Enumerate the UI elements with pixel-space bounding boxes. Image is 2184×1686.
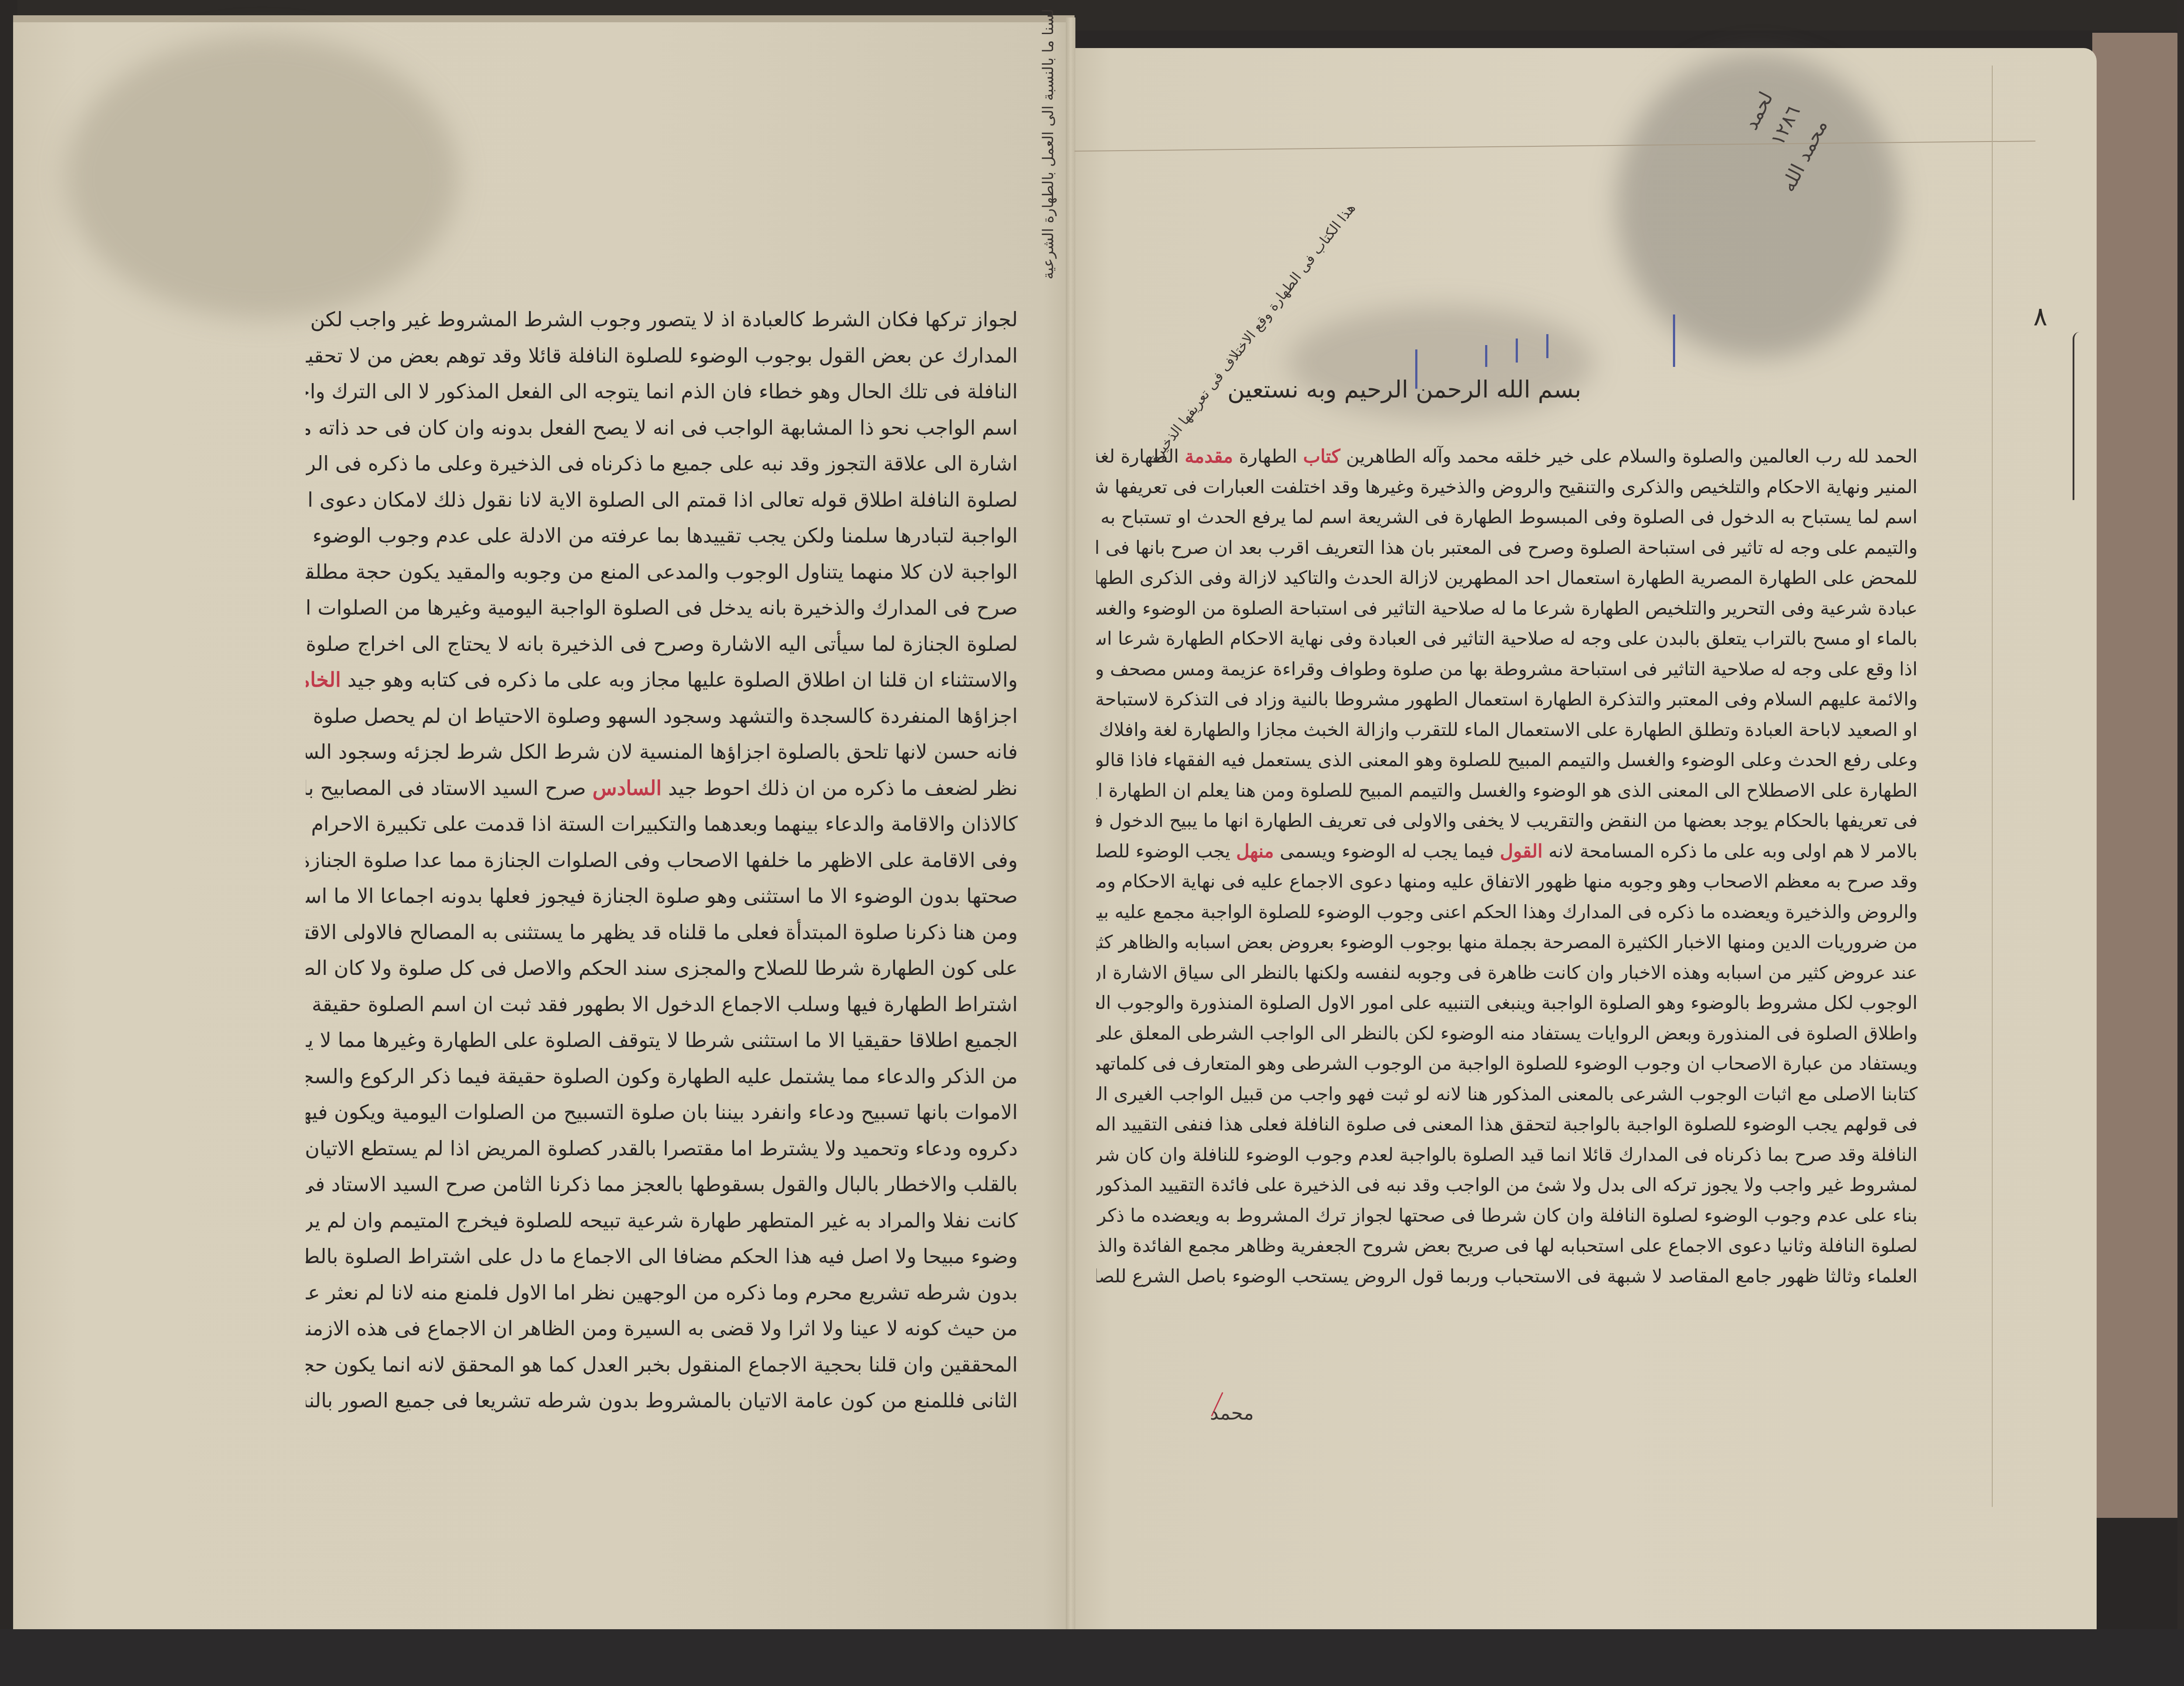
vertical-marginal-note: لسنا ما بالنسبة الى العمل بالطهارة الشرع… — [1040, 9, 1057, 533]
manuscript-line: كتابنا الاصلى مع اثبات الوجوب الشرعى بال… — [1096, 1079, 1918, 1109]
line-text: فى تعريفها بالحكام يوجد بعضها من النقض و… — [1096, 810, 1918, 831]
manuscript-line: لصلوة النافلة وثانيا دعوى الاجماع على اس… — [1096, 1230, 1918, 1261]
line-text: صرح السيد الاستاد فى المصابيح بانه يجوز … — [306, 776, 592, 800]
manuscript-line: الوجوب لكل مشروط بالوضوء وهو الصلوة الوا… — [1096, 988, 1918, 1018]
manuscript-line: المنير ونهاية الاحكام والتلخيص والذكرى و… — [1096, 472, 1918, 502]
left-page-text-block: لجواز تركها فكان الشرط كالعبادة اذ لا يت… — [306, 301, 1018, 1419]
line-text: فى قولهم يجب الوضوء للصلوة الواجبة بالوا… — [1096, 1113, 1918, 1135]
line-text: صحتها بدون الوضوء الا ما استثنى وهو صلوة… — [306, 884, 1018, 908]
page-edge-line — [1992, 66, 1993, 1507]
line-text: بدون شرطه تشريع محرم وما ذكره من الوجهين… — [306, 1281, 1018, 1304]
line-text: على كون الطهارة شرطا للصلاح والمجزى سند … — [306, 956, 1018, 980]
line-text: اجزاؤها المنفردة كالسجدة والتشهد وسجود ا… — [306, 704, 1018, 728]
manuscript-line: من الذكر والدعاء مما يشتمل عليه الطهارة … — [306, 1058, 1018, 1095]
manuscript-line: العلماء وثالثا ظهور جامع المقاصد لا شبهة… — [1096, 1261, 1918, 1292]
line-text: لصلوة الجنازة لما سيأتى اليه الاشارة وصر… — [306, 632, 1018, 656]
manuscript-line: وضوء مبيحا ولا اصل فيه هذا الحكم مضافا ا… — [306, 1238, 1018, 1275]
line-text: المحققين وان قلنا بحجية الاجماع المنقول … — [306, 1353, 1018, 1376]
manuscript-line: كالاذان والاقامة والدعاء بينهما وبعدهما … — [306, 806, 1018, 842]
line-text: للمحض على الطهارة المصرية الطهارة استعما… — [1096, 567, 1918, 588]
manuscript-line: اجزاؤها المنفردة كالسجدة والتشهد وسجود ا… — [306, 698, 1018, 734]
manuscript-line: والائمة عليهم السلام وفى المعتبر والتذكر… — [1096, 684, 1918, 715]
manuscript-line: عند عروض كثير من اسبابه وهذه الاخبار وان… — [1096, 957, 1918, 988]
manuscript-line: النافلة وقد صرح بما ذكرناه فى المدارك قا… — [1096, 1140, 1918, 1170]
manuscript-line: اسم الواجب نحو ذا المشابهة الواجب فى انه… — [306, 410, 1018, 446]
line-text: الطهارة على الاصطلاح الى المعنى الذى هو … — [1096, 780, 1918, 801]
manuscript-line: وقد صرح به معظم الاصحاب وهو وجوبه منها ظ… — [1096, 866, 1918, 897]
line-text: والائمة عليهم السلام وفى المعتبر والتذكر… — [1096, 688, 1918, 710]
line-text: بالماء او مسح بالتراب يتعلق بالبدن على و… — [1096, 628, 1918, 649]
line-text: الطهارة لغة النزاهة والانظافة كما صرح فى — [1096, 446, 1185, 467]
line-text: المنير ونهاية الاحكام والتلخيص والذكرى و… — [1096, 476, 1918, 498]
line-text: الجميع اطلاقا حقيقيا الا ما استثنى شرطا … — [306, 1028, 1018, 1052]
manuscript-line: فى قولهم يجب الوضوء للصلوة الواجبة بالوا… — [1096, 1109, 1918, 1140]
manuscript-line: الواجبة لتبادرها سلمنا ولكن يجب تقييدها … — [306, 518, 1018, 554]
manuscript-line: فانه حسن لانها تلحق بالصلوة اجزاؤها المن… — [306, 734, 1018, 770]
line-text: المدارك عن بعض القول بوجوب الوضوء للصلوة… — [306, 344, 1018, 367]
manuscript-line: لجواز تركها فكان الشرط كالعبادة اذ لا يت… — [306, 301, 1018, 338]
line-text: او الصعيد لاباحة العبادة وتطلق الطهارة ع… — [1096, 719, 1918, 740]
catchword: محمد — [1210, 1402, 1254, 1424]
manuscript-line: لصلوة النافلة اطلاق قوله تعالى اذا قمتم … — [306, 482, 1018, 518]
line-text: الواجبة لتبادرها سلمنا ولكن يجب تقييدها … — [306, 524, 1018, 547]
line-text: والروض والذخيرة ويعضده ما ذكره فى المدار… — [1096, 901, 1918, 922]
line-text: النافلة وقد صرح بما ذكرناه فى المدارك قا… — [1096, 1144, 1918, 1165]
line-text: كتابنا الاصلى مع اثبات الوجوب الشرعى بال… — [1096, 1083, 1918, 1105]
line-text: الواجبة لان كلا منهما يتناول الوجوب والم… — [306, 560, 1018, 584]
manuscript-line: والروض والذخيرة ويعضده ما ذكره فى المدار… — [1096, 897, 1918, 927]
manuscript-line: او الصعيد لاباحة العبادة وتطلق الطهارة ع… — [1096, 715, 1918, 745]
manuscript-line: ومن هنا ذكرنا صلوة المبتدأة فعلى ما قلنا… — [306, 914, 1018, 950]
line-text: عبادة شرعية وفى التحرير والتلخيص الطهارة… — [1096, 598, 1918, 619]
line-text: اشتراط الطهارة فيها وسلب الاجماع الدخول … — [306, 992, 1018, 1016]
folio-number: ٨ — [2033, 301, 2047, 332]
line-text: النافلة فى تلك الحال وهو خطاء فان الذم ا… — [306, 380, 1018, 403]
manuscript-line: بالقلب والاخطار بالبال والقول بسقوطها با… — [306, 1166, 1018, 1202]
manuscript-line: صرح فى المدارك والذخيرة بانه يدخل فى الص… — [306, 590, 1018, 626]
manuscript-line: للمحض على الطهارة المصرية الطهارة استعما… — [1096, 563, 1918, 593]
line-text: يجب الوضوء للصلوة الواجبة عدا صلوة الجنا… — [1096, 840, 1236, 862]
manuscript-line: نظر لضعف ما ذكره من ان ذلك احوط جيد السا… — [306, 770, 1018, 806]
line-text: فيما يجب له الوضوء ويسمى — [1274, 840, 1500, 862]
line-text: الثانى فللمنع من كون عامة الاتيان بالمشر… — [306, 1389, 1018, 1412]
line-text: لصلوة النافلة وثانيا دعوى الاجماع على اس… — [1096, 1235, 1918, 1256]
manuscript-line: واطلاق الصلوة فى المنذورة وبعض الروايات … — [1096, 1018, 1918, 1049]
line-text: من ضروريات الدين ومنها الاخبار الكثيرة ا… — [1096, 931, 1918, 953]
line-text: ومن هنا ذكرنا صلوة المبتدأة فعلى ما قلنا… — [306, 920, 1018, 944]
basmala-heading: بسم الله الرحمن الرحيم وبه نستعين — [1354, 376, 1581, 403]
line-text: الحمد لله رب العالمين والصلوة والسلام عل… — [1340, 446, 1918, 467]
manuscript-line: بالامر لا هم اولى وبه على ما ذكره المسام… — [1096, 836, 1918, 867]
manuscript-line: بناء على عدم وجوب الوضوء لصلوة النافلة و… — [1096, 1200, 1918, 1231]
rubric-word: مقدمة — [1185, 446, 1233, 467]
rubric-word: القول — [1500, 840, 1543, 862]
line-text: وضوء مبيحا ولا اصل فيه هذا الحكم مضافا ا… — [306, 1244, 1018, 1268]
rubric-word: السادس — [592, 776, 661, 800]
manuscript-line: الطهارة على الاصطلاح الى المعنى الذى هو … — [1096, 775, 1918, 806]
rubric-word: كتاب — [1303, 446, 1340, 467]
manuscript-line: لمشروط غير واجب ولا يجوز تركه الى بدل ول… — [1096, 1170, 1918, 1200]
line-text: فانه حسن لانها تلحق بالصلوة اجزاؤها المن… — [306, 740, 1018, 764]
line-text: بناء على عدم وجوب الوضوء لصلوة النافلة و… — [1096, 1205, 1918, 1226]
line-text: الطهارة — [1233, 446, 1303, 467]
line-text: لجواز تركها فكان الشرط كالعبادة اذ لا يت… — [306, 307, 1018, 331]
manuscript-line: لصلوة الجنازة لما سيأتى اليه الاشارة وصر… — [306, 626, 1018, 662]
line-text: دكروه ودعاء وتحميد ولا يشترط اما مقتصرا … — [306, 1137, 1018, 1160]
manuscript-line: الجميع اطلاقا حقيقيا الا ما استثنى شرطا … — [306, 1022, 1018, 1058]
line-text: اشارة الى علاقة التجوز وقد نبه على جميع … — [306, 452, 1018, 475]
blue-pencil-mark — [1546, 334, 1548, 358]
manuscript-line: الواجبة لان كلا منهما يتناول الوجوب والم… — [306, 554, 1018, 590]
line-text: وقد صرح به معظم الاصحاب وهو وجوبه منها ظ… — [1096, 871, 1918, 892]
line-text: الوجوب لكل مشروط بالوضوء وهو الصلوة الوا… — [1096, 992, 1918, 1013]
manuscript-line: اشتراط الطهارة فيها وسلب الاجماع الدخول … — [306, 986, 1018, 1023]
manuscript-line: والتيمم على وجه له تاثير فى استباحة الصل… — [1096, 532, 1918, 563]
manuscript-line: المدارك عن بعض القول بوجوب الوضوء للصلوة… — [306, 338, 1018, 374]
line-text: ويستفاد من عبارة الاصحاب ان وجوب الوضوء … — [1096, 1053, 1918, 1074]
manuscript-line: النافلة فى تلك الحال وهو خطاء فان الذم ا… — [306, 373, 1018, 410]
rubric-word: منهل — [1236, 840, 1274, 862]
manuscript-line: ويستفاد من عبارة الاصحاب ان وجوب الوضوء … — [1096, 1048, 1918, 1079]
manuscript-line: الحمد لله رب العالمين والصلوة والسلام عل… — [1096, 441, 1918, 472]
line-text: والاستثناء ان قلنا ان اطلاق الصلوة عليها… — [341, 668, 1018, 691]
line-text: واطلاق الصلوة فى المنذورة وبعض الروايات … — [1096, 1023, 1918, 1044]
manuscript-line: كانت نفلا والمراد به غير المتطهر طهارة ش… — [306, 1202, 1018, 1239]
manuscript-line: اسم لما يستباح به الدخول فى الصلوة وفى ا… — [1096, 502, 1918, 532]
blue-pencil-mark — [1673, 314, 1675, 367]
line-text: كانت نفلا والمراد به غير المتطهر طهارة ش… — [306, 1209, 1018, 1232]
manuscript-line: اذا وقع على وجه له صلاحية التاثير فى است… — [1096, 654, 1918, 684]
book-cover-board — [2092, 33, 2182, 1518]
line-text: اسم لما يستباح به الدخول فى الصلوة وفى ا… — [1096, 506, 1918, 528]
manuscript-line: بدون شرطه تشريع محرم وما ذكره من الوجهين… — [306, 1275, 1018, 1311]
manuscript-line: الاموات بانها تسبيح ودعاء وانفرد بيننا ب… — [306, 1094, 1018, 1130]
manuscript-line: بالماء او مسح بالتراب يتعلق بالبدن على و… — [1096, 623, 1918, 654]
line-text: لمشروط غير واجب ولا يجوز تركه الى بدل ول… — [1096, 1174, 1918, 1195]
spine-gutter — [1066, 17, 1075, 1634]
line-text: صرح فى المدارك والذخيرة بانه يدخل فى الص… — [306, 596, 1018, 619]
right-page-text-block: الحمد لله رب العالمين والصلوة والسلام عل… — [1096, 441, 1918, 1291]
water-stain — [66, 35, 459, 319]
line-text: اذا وقع على وجه له صلاحية التاثير فى است… — [1096, 658, 1918, 680]
line-text: كالاذان والاقامة والدعاء بينهما وبعدهما … — [306, 812, 1018, 836]
line-text: وعلى رفع الحدث وعلى الوضوء والغسل والتيم… — [1096, 749, 1918, 770]
manuscript-line: دكروه ودعاء وتحميد ولا يشترط اما مقتصرا … — [306, 1130, 1018, 1167]
line-text: اسم الواجب نحو ذا المشابهة الواجب فى انه… — [306, 416, 1018, 439]
line-text: من الذكر والدعاء مما يشتمل عليه الطهارة … — [306, 1064, 1018, 1088]
manuscript-line: صحتها بدون الوضوء الا ما استثنى وهو صلوة… — [306, 878, 1018, 914]
book-bottom-shadow — [0, 1629, 2184, 1686]
blue-pencil-mark — [1516, 339, 1518, 363]
line-text: لصلوة النافلة اطلاق قوله تعالى اذا قمتم … — [306, 488, 1018, 511]
manuscript-line: من ضروريات الدين ومنها الاخبار الكثيرة ا… — [1096, 927, 1918, 957]
manuscript-line: وعلى رفع الحدث وعلى الوضوء والغسل والتيم… — [1096, 745, 1918, 775]
margin-wavy-line — [2073, 332, 2080, 500]
manuscript-line: من حيث كونه لا عينا ولا اثرا ولا قضى به … — [306, 1310, 1018, 1347]
line-text: العلماء وثالثا ظهور جامع المقاصد لا شبهة… — [1096, 1265, 1918, 1287]
line-text: من حيث كونه لا عينا ولا اثرا ولا قضى به … — [306, 1316, 1018, 1340]
line-text: الاموات بانها تسبيح ودعاء وانفرد بيننا ب… — [306, 1100, 1018, 1124]
manuscript-line: فى تعريفها بالحكام يوجد بعضها من النقض و… — [1096, 805, 1918, 836]
book-cover-right-edge — [2177, 0, 2184, 1686]
manuscript-line: على كون الطهارة شرطا للصلاح والمجزى سند … — [306, 950, 1018, 986]
manuscript-line: عبادة شرعية وفى التحرير والتلخيص الطهارة… — [1096, 593, 1918, 624]
line-text: والتيمم على وجه له تاثير فى استباحة الصل… — [1096, 537, 1918, 558]
manuscript-line: المحققين وان قلنا بحجية الاجماع المنقول … — [306, 1347, 1018, 1383]
manuscript-line: والاستثناء ان قلنا ان اطلاق الصلوة عليها… — [306, 662, 1018, 698]
blue-pencil-mark — [1485, 345, 1487, 367]
rubric-word: الخامس — [306, 668, 341, 691]
line-text: وفى الاقامة على الاظهر ما خلفها الاصحاب … — [306, 848, 1018, 872]
manuscript-line: اشارة الى علاقة التجوز وقد نبه على جميع … — [306, 446, 1018, 482]
manuscript-line: وفى الاقامة على الاظهر ما خلفها الاصحاب … — [306, 842, 1018, 878]
line-text: بالامر لا هم اولى وبه على ما ذكره المسام… — [1543, 840, 1918, 862]
line-text: نظر لضعف ما ذكره من ان ذلك احوط جيد — [662, 776, 1018, 800]
manuscript-line: الثانى فللمنع من كون عامة الاتيان بالمشر… — [306, 1382, 1018, 1419]
line-text: عند عروض كثير من اسبابه وهذه الاخبار وان… — [1096, 962, 1918, 983]
line-text: بالقلب والاخطار بالبال والقول بسقوطها با… — [306, 1172, 1018, 1196]
